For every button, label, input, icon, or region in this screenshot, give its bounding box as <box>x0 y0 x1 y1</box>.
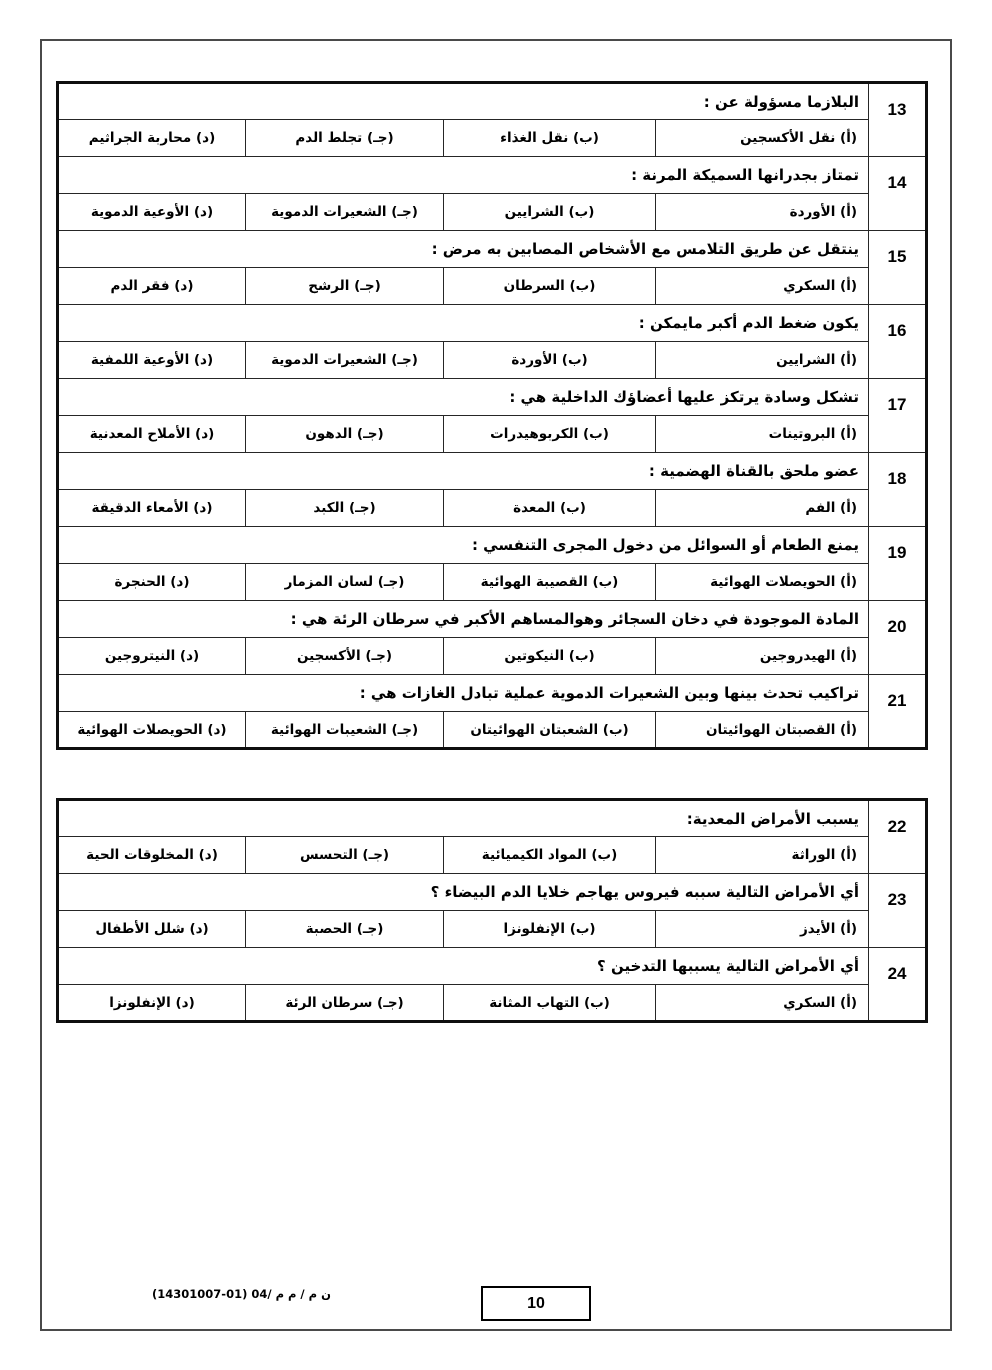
option-b: (ب) الشعبتان الهوائيتان <box>444 712 656 749</box>
option-b: (ب) النيكوتين <box>444 638 656 675</box>
option-b: (ب) الشرايين <box>444 194 656 231</box>
option-d: (د) الأمعاء الدقيقة <box>58 490 246 527</box>
option-d: (د) المخلوقات الحية <box>58 837 246 874</box>
option-a: (أ) القصبتان الهوائيتان <box>656 712 869 749</box>
options-row: (أ) الفم (ب) المعدة (جـ) الكبد (د) الأمع… <box>58 490 927 527</box>
option-c: (جـ) الشعيرات الدموية <box>246 194 444 231</box>
option-b: (ب) نقل الغذاء <box>444 120 656 157</box>
option-d: (د) الحويصلات الهوائية <box>58 712 246 749</box>
question-row: 14 تمتاز بجدرانها السميكة المرنة : <box>58 157 927 194</box>
option-b: (ب) القصيبة الهوائية <box>444 564 656 601</box>
option-b: (ب) السرطان <box>444 268 656 305</box>
option-a: (أ) الشرايين <box>656 342 869 379</box>
page-number: 10 <box>527 1295 545 1313</box>
option-a: (أ) الفم <box>656 490 869 527</box>
option-c: (جـ) الأكسجين <box>246 638 444 675</box>
question-row: 16 يكون ضغط الدم أكبر مايمكن : <box>58 305 927 342</box>
question-number: 17 <box>869 379 927 453</box>
option-a: (أ) الهيدروجين <box>656 638 869 675</box>
option-c: (جـ) الحصبة <box>246 911 444 948</box>
option-c: (جـ) التحسس <box>246 837 444 874</box>
option-d: (د) الأملاح المعدنية <box>58 416 246 453</box>
exam-page: { "quiz_tables": [ { "questions": [ { "n… <box>0 0 992 1370</box>
question-number: 18 <box>869 453 927 527</box>
question-row: 19 يمنع الطعام أو السوائل من دخول المجرى… <box>58 527 927 564</box>
options-row: (أ) الأيدز (ب) الإنفلونزا (جـ) الحصبة (د… <box>58 911 927 948</box>
question-text: تشكل وسادة يرتكز عليها أعضاؤك الداخلية ه… <box>58 379 869 416</box>
option-a: (أ) السكري <box>656 985 869 1022</box>
option-b: (ب) المواد الكيميائية <box>444 837 656 874</box>
option-d: (د) الإنفلونزا <box>58 985 246 1022</box>
options-row: (أ) القصبتان الهوائيتان (ب) الشعبتان اله… <box>58 712 927 749</box>
option-c: (جـ) الشعيبات الهوائية <box>246 712 444 749</box>
question-text: تراكيب تحدث بينها وبين الشعيرات الدموية … <box>58 675 869 712</box>
option-d: (د) فقر الدم <box>58 268 246 305</box>
questions-table-22-24: 22 يسبب الأمراض المعدية: (أ) الوراثة (ب)… <box>56 798 928 1023</box>
option-c: (جـ) الرشح <box>246 268 444 305</box>
question-text: أي الأمراض التالية سببه فيروس يهاجم خلاي… <box>58 874 869 911</box>
question-row: 15 ينتقل عن طريق التلامس مع الأشخاص المص… <box>58 231 927 268</box>
question-number: 20 <box>869 601 927 675</box>
question-row: 17 تشكل وسادة يرتكز عليها أعضاؤك الداخلي… <box>58 379 927 416</box>
option-b: (ب) التهاب المثانة <box>444 985 656 1022</box>
option-b: (ب) الكربوهيدرات <box>444 416 656 453</box>
question-number: 16 <box>869 305 927 379</box>
question-row: 18 عضو ملحق بالقناة الهضمية : <box>58 453 927 490</box>
options-row: (أ) البروتينات (ب) الكربوهيدرات (جـ) الد… <box>58 416 927 453</box>
question-row: 21 تراكيب تحدث بينها وبين الشعيرات الدمو… <box>58 675 927 712</box>
options-row: (أ) نقل الأكسجين (ب) نقل الغذاء (جـ) تجل… <box>58 120 927 157</box>
question-text: يكون ضغط الدم أكبر مايمكن : <box>58 305 869 342</box>
option-a: (أ) البروتينات <box>656 416 869 453</box>
option-c: (جـ) سرطان الرئة <box>246 985 444 1022</box>
option-c: (جـ) تجلط الدم <box>246 120 444 157</box>
question-number: 14 <box>869 157 927 231</box>
option-c: (جـ) الكبد <box>246 490 444 527</box>
question-text: ينتقل عن طريق التلامس مع الأشخاص المصابي… <box>58 231 869 268</box>
option-b: (ب) الإنفلونزا <box>444 911 656 948</box>
question-number: 19 <box>869 527 927 601</box>
question-number: 23 <box>869 874 927 948</box>
question-row: 23 أي الأمراض التالية سببه فيروس يهاجم خ… <box>58 874 927 911</box>
option-d: (د) الحنجرة <box>58 564 246 601</box>
option-a: (أ) الحويصلات الهوائية <box>656 564 869 601</box>
question-number: 21 <box>869 675 927 749</box>
document-code: ن م / م م /04 (01-14301007) <box>152 1287 331 1301</box>
option-b: (ب) الأوردة <box>444 342 656 379</box>
question-text: أي الأمراض التالية يسببها التدخين ؟ <box>58 948 869 985</box>
question-number: 22 <box>869 800 927 874</box>
question-text: عضو ملحق بالقناة الهضمية : <box>58 453 869 490</box>
option-c: (جـ) الدهون <box>246 416 444 453</box>
option-a: (أ) الأيدز <box>656 911 869 948</box>
option-c: (جـ) الشعيرات الدموية <box>246 342 444 379</box>
questions-table-13-21: 13 البلازما مسؤولة عن : (أ) نقل الأكسجين… <box>56 81 928 750</box>
question-text: يسبب الأمراض المعدية: <box>58 800 869 837</box>
options-row: (أ) الحويصلات الهوائية (ب) القصيبة الهوا… <box>58 564 927 601</box>
options-row: (أ) الأوردة (ب) الشرايين (جـ) الشعيرات ا… <box>58 194 927 231</box>
question-row: 24 أي الأمراض التالية يسببها التدخين ؟ <box>58 948 927 985</box>
option-c: (جـ) لسان المزمار <box>246 564 444 601</box>
option-b: (ب) المعدة <box>444 490 656 527</box>
question-number: 24 <box>869 948 927 1022</box>
question-number: 15 <box>869 231 927 305</box>
question-number: 13 <box>869 83 927 157</box>
option-a: (أ) الوراثة <box>656 837 869 874</box>
question-text: تمتاز بجدرانها السميكة المرنة : <box>58 157 869 194</box>
option-d: (د) النيتروجين <box>58 638 246 675</box>
options-row: (أ) الوراثة (ب) المواد الكيميائية (جـ) ا… <box>58 837 927 874</box>
question-text: المادة الموجودة في دخان السجائر وهوالمسا… <box>58 601 869 638</box>
option-a: (أ) الأوردة <box>656 194 869 231</box>
question-row: 13 البلازما مسؤولة عن : <box>58 83 927 120</box>
options-row: (أ) السكري (ب) التهاب المثانة (جـ) سرطان… <box>58 985 927 1022</box>
options-row: (أ) الهيدروجين (ب) النيكوتين (جـ) الأكسج… <box>58 638 927 675</box>
question-text: يمنع الطعام أو السوائل من دخول المجرى ال… <box>58 527 869 564</box>
option-d: (د) شلل الأطفال <box>58 911 246 948</box>
options-row: (أ) السكري (ب) السرطان (جـ) الرشح (د) فق… <box>58 268 927 305</box>
option-a: (أ) نقل الأكسجين <box>656 120 869 157</box>
option-d: (د) الأوعية الدموية <box>58 194 246 231</box>
option-d: (د) محاربة الجراثيم <box>58 120 246 157</box>
question-row: 22 يسبب الأمراض المعدية: <box>58 800 927 837</box>
page-number-box: 10 <box>481 1286 591 1321</box>
options-row: (أ) الشرايين (ب) الأوردة (جـ) الشعيرات ا… <box>58 342 927 379</box>
option-d: (د) الأوعية اللمفية <box>58 342 246 379</box>
question-row: 20 المادة الموجودة في دخان السجائر وهوال… <box>58 601 927 638</box>
question-text: البلازما مسؤولة عن : <box>58 83 869 120</box>
option-a: (أ) السكري <box>656 268 869 305</box>
